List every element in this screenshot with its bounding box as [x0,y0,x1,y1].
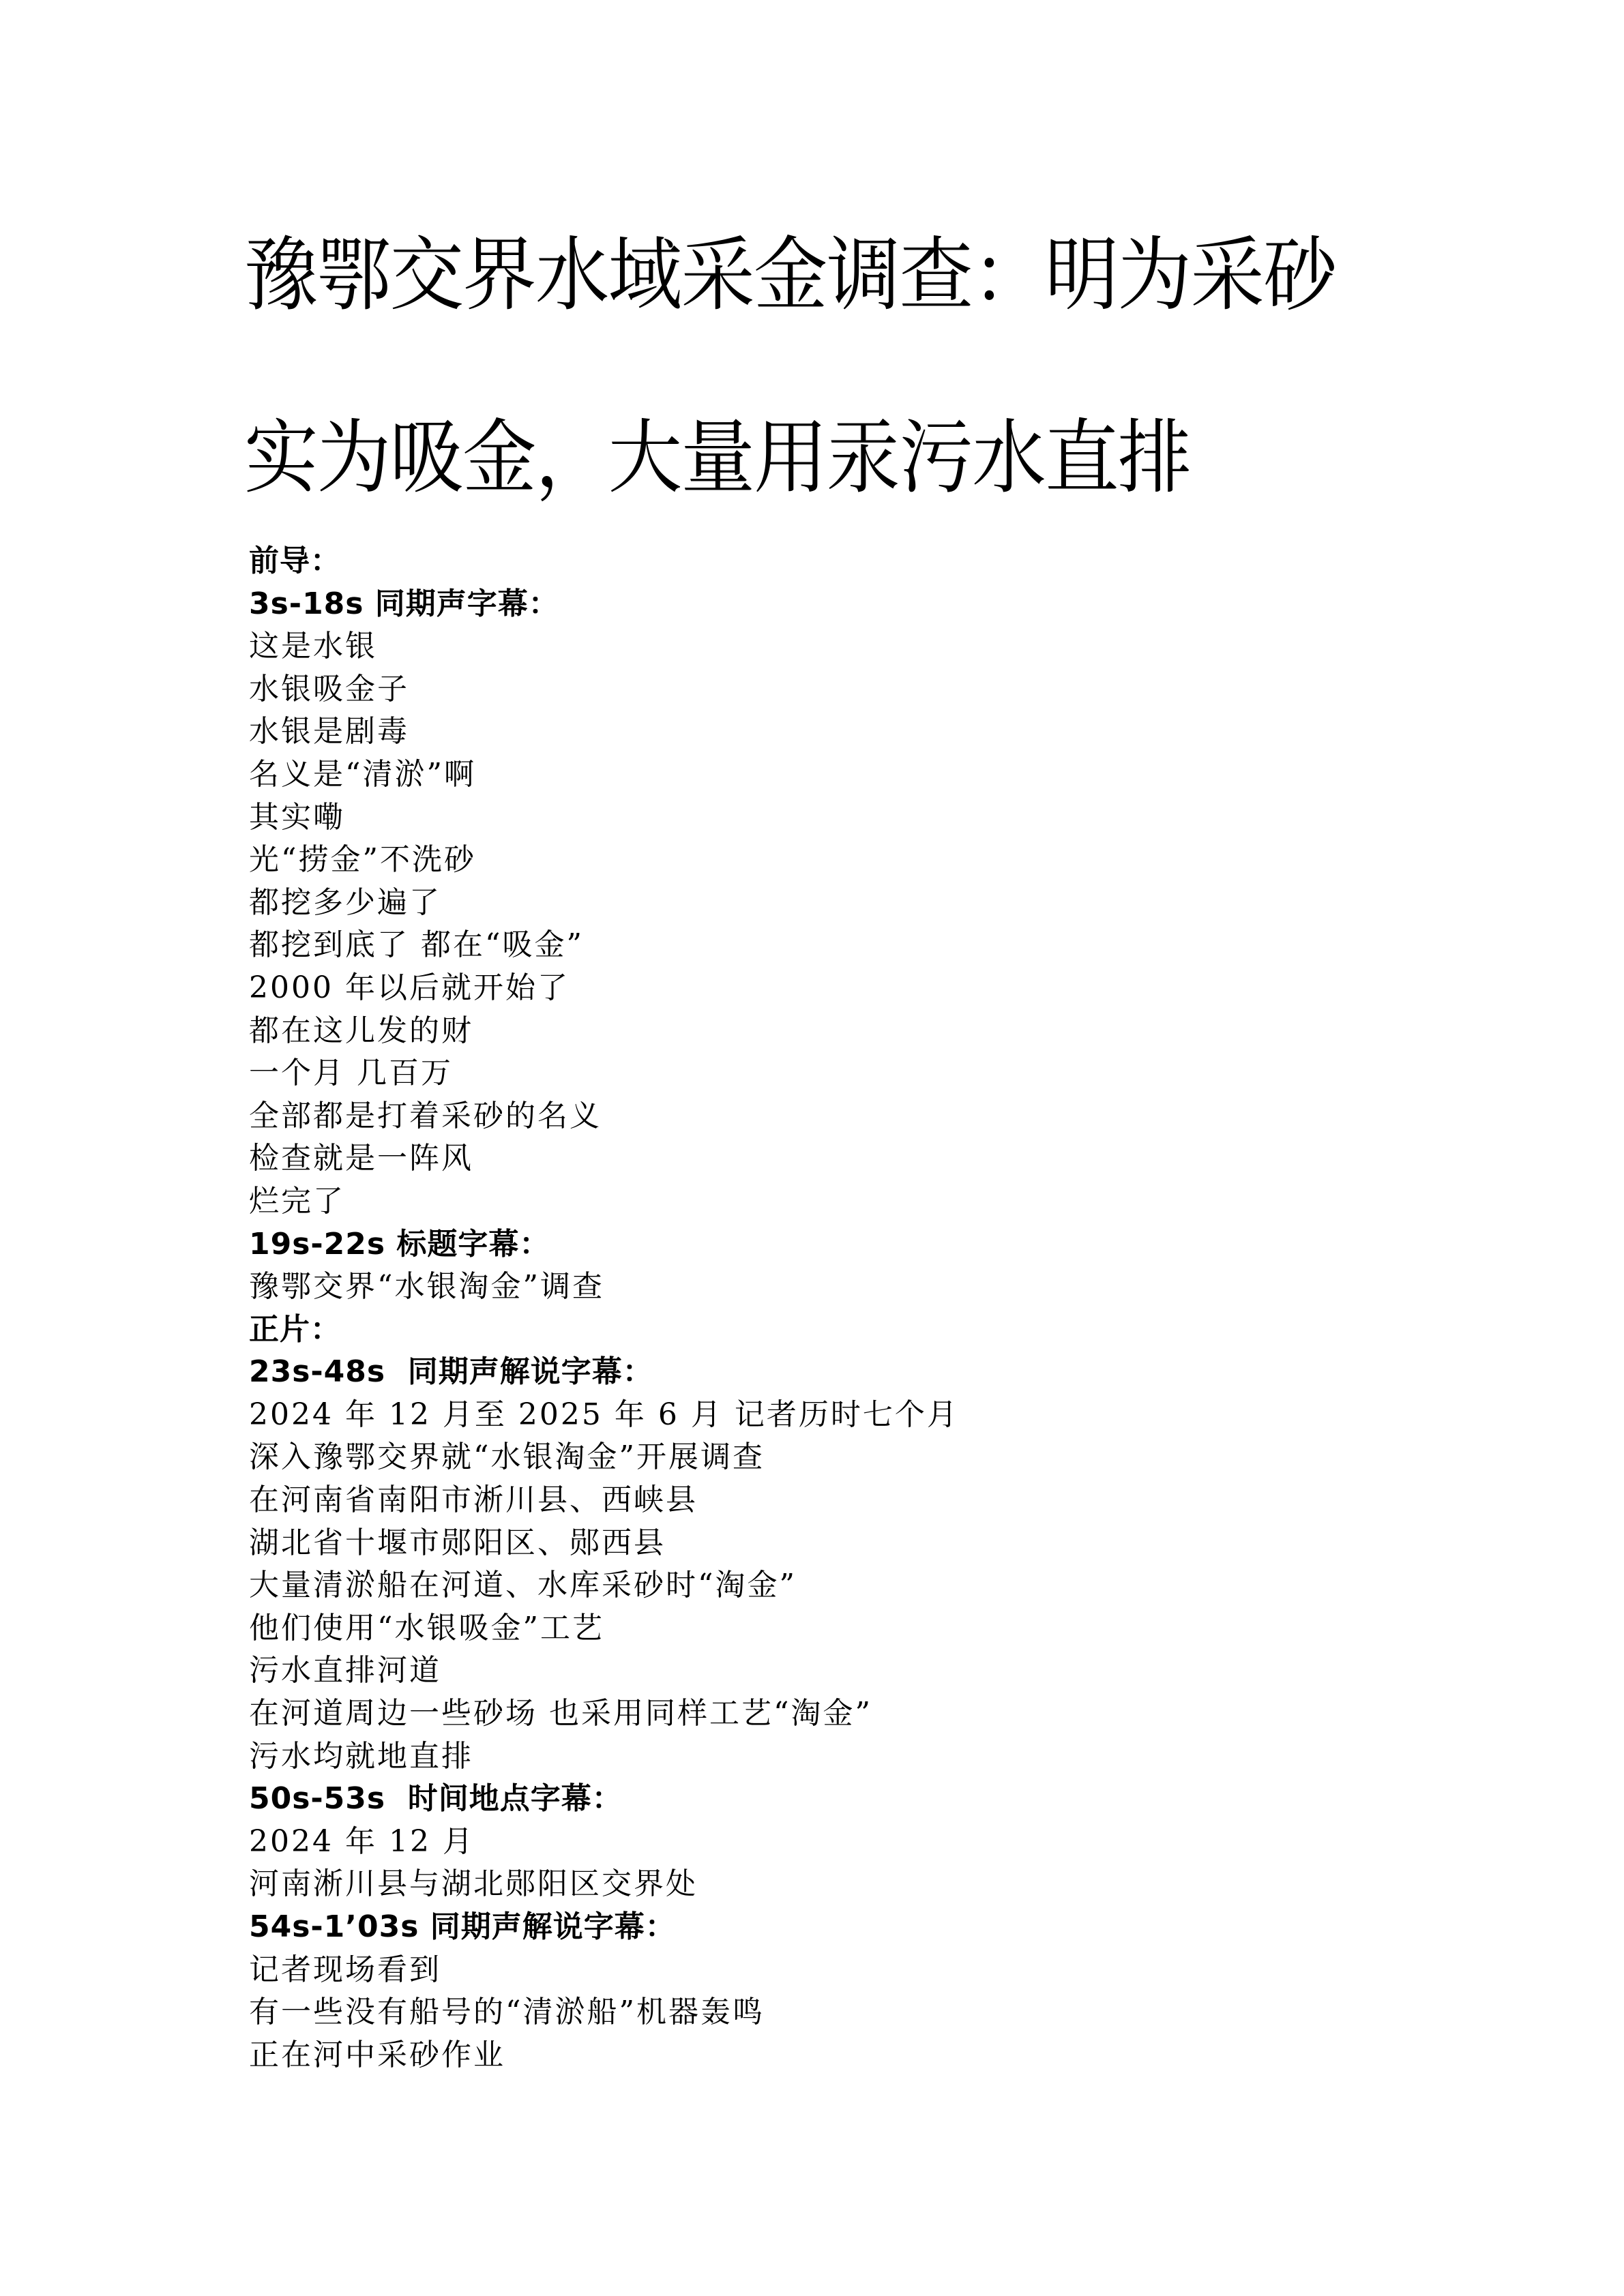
subtitle-line: 2024 年 12 月至 2025 年 6 月 记者历时七个月 [249,1394,1408,1437]
subtitle-timecode-heading: 50s-53s 时间地点字幕： [249,1778,1408,1821]
subtitle-line: 其实嘞 [249,796,1408,839]
subtitle-line: 深入豫鄂交界就“水银淘金”开展调查 [249,1436,1408,1479]
subtitle-line: 污水直排河道 [249,1650,1408,1693]
subtitle-line: 都挖到底了 都在“吸金” [249,924,1408,967]
subtitle-line: 大量清淤船在河道、水库采砂时“淘金” [249,1564,1408,1607]
subtitle-line: 水银是剧毒 [249,711,1408,754]
subtitle-line: 河南淅川县与湖北郧阳区交界处 [249,1863,1408,1906]
subtitle-line: 他们使用“水银吸金”工艺 [249,1607,1408,1650]
subtitle-timecode-heading: 54s-1’03s 同期声解说字幕： [249,1906,1408,1949]
subtitle-line: 污水均就地直排 [249,1735,1408,1778]
subtitle-line: 记者现场看到 [249,1949,1408,1992]
title-line-2: 实为吸金，大量用汞污水直排 [244,411,1323,504]
subtitle-line: 光“捞金”不洗砂 [249,839,1408,882]
subtitle-timecode-heading: 19s-22s 标题字幕： [249,1223,1408,1266]
subtitle-line: 一个月 几百万 [249,1052,1408,1095]
section-heading-main: 正片： [249,1309,1408,1352]
document-body: 前导： 3s-18s 同期声字幕： 这是水银 水银吸金子 水银是剧毒 名义是“清… [249,540,1408,2076]
subtitle-timecode-heading: 23s-48s 同期声解说字幕： [249,1351,1408,1394]
section-heading-intro: 前导： [249,540,1408,583]
subtitle-line: 2000 年以后就开始了 [249,967,1408,1010]
subtitle-line: 都挖多少遍了 [249,882,1408,925]
subtitle-line: 在河道周边一些砂场 也采用同样工艺“淘金” [249,1693,1408,1735]
subtitle-line: 全部都是打着采砂的名义 [249,1095,1408,1138]
subtitle-line: 都在这儿发的财 [249,1010,1408,1053]
subtitle-line: 这是水银 [249,625,1408,668]
subtitle-line: 名义是“清淤”啊 [249,754,1408,796]
subtitle-line: 湖北省十堰市郧阳区、郧西县 [249,1522,1408,1565]
subtitle-timecode-heading: 3s-18s 同期声字幕： [249,583,1408,626]
subtitle-line: 正在河中采砂作业 [249,2034,1408,2077]
subtitle-line: 检查就是一阵风 [249,1137,1408,1180]
subtitle-line: 2024 年 12 月 [249,1821,1408,1864]
document-page: 豫鄂交界水域采金调查：明为采砂 实为吸金，大量用汞污水直排 前导： 3s-18s… [0,0,1624,2296]
subtitle-line: 豫鄂交界“水银淘金”调查 [249,1266,1408,1309]
subtitle-line: 有一些没有船号的“清淤船”机器轰鸣 [249,1991,1408,2034]
title-line-1: 豫鄂交界水域采金调查：明为采砂 [244,228,1323,321]
document-title: 豫鄂交界水域采金调查：明为采砂 实为吸金，大量用汞污水直排 [244,228,1417,594]
subtitle-line: 水银吸金子 [249,668,1408,711]
subtitle-line: 在河南省南阳市淅川县、西峡县 [249,1479,1408,1522]
subtitle-line: 烂完了 [249,1180,1408,1223]
